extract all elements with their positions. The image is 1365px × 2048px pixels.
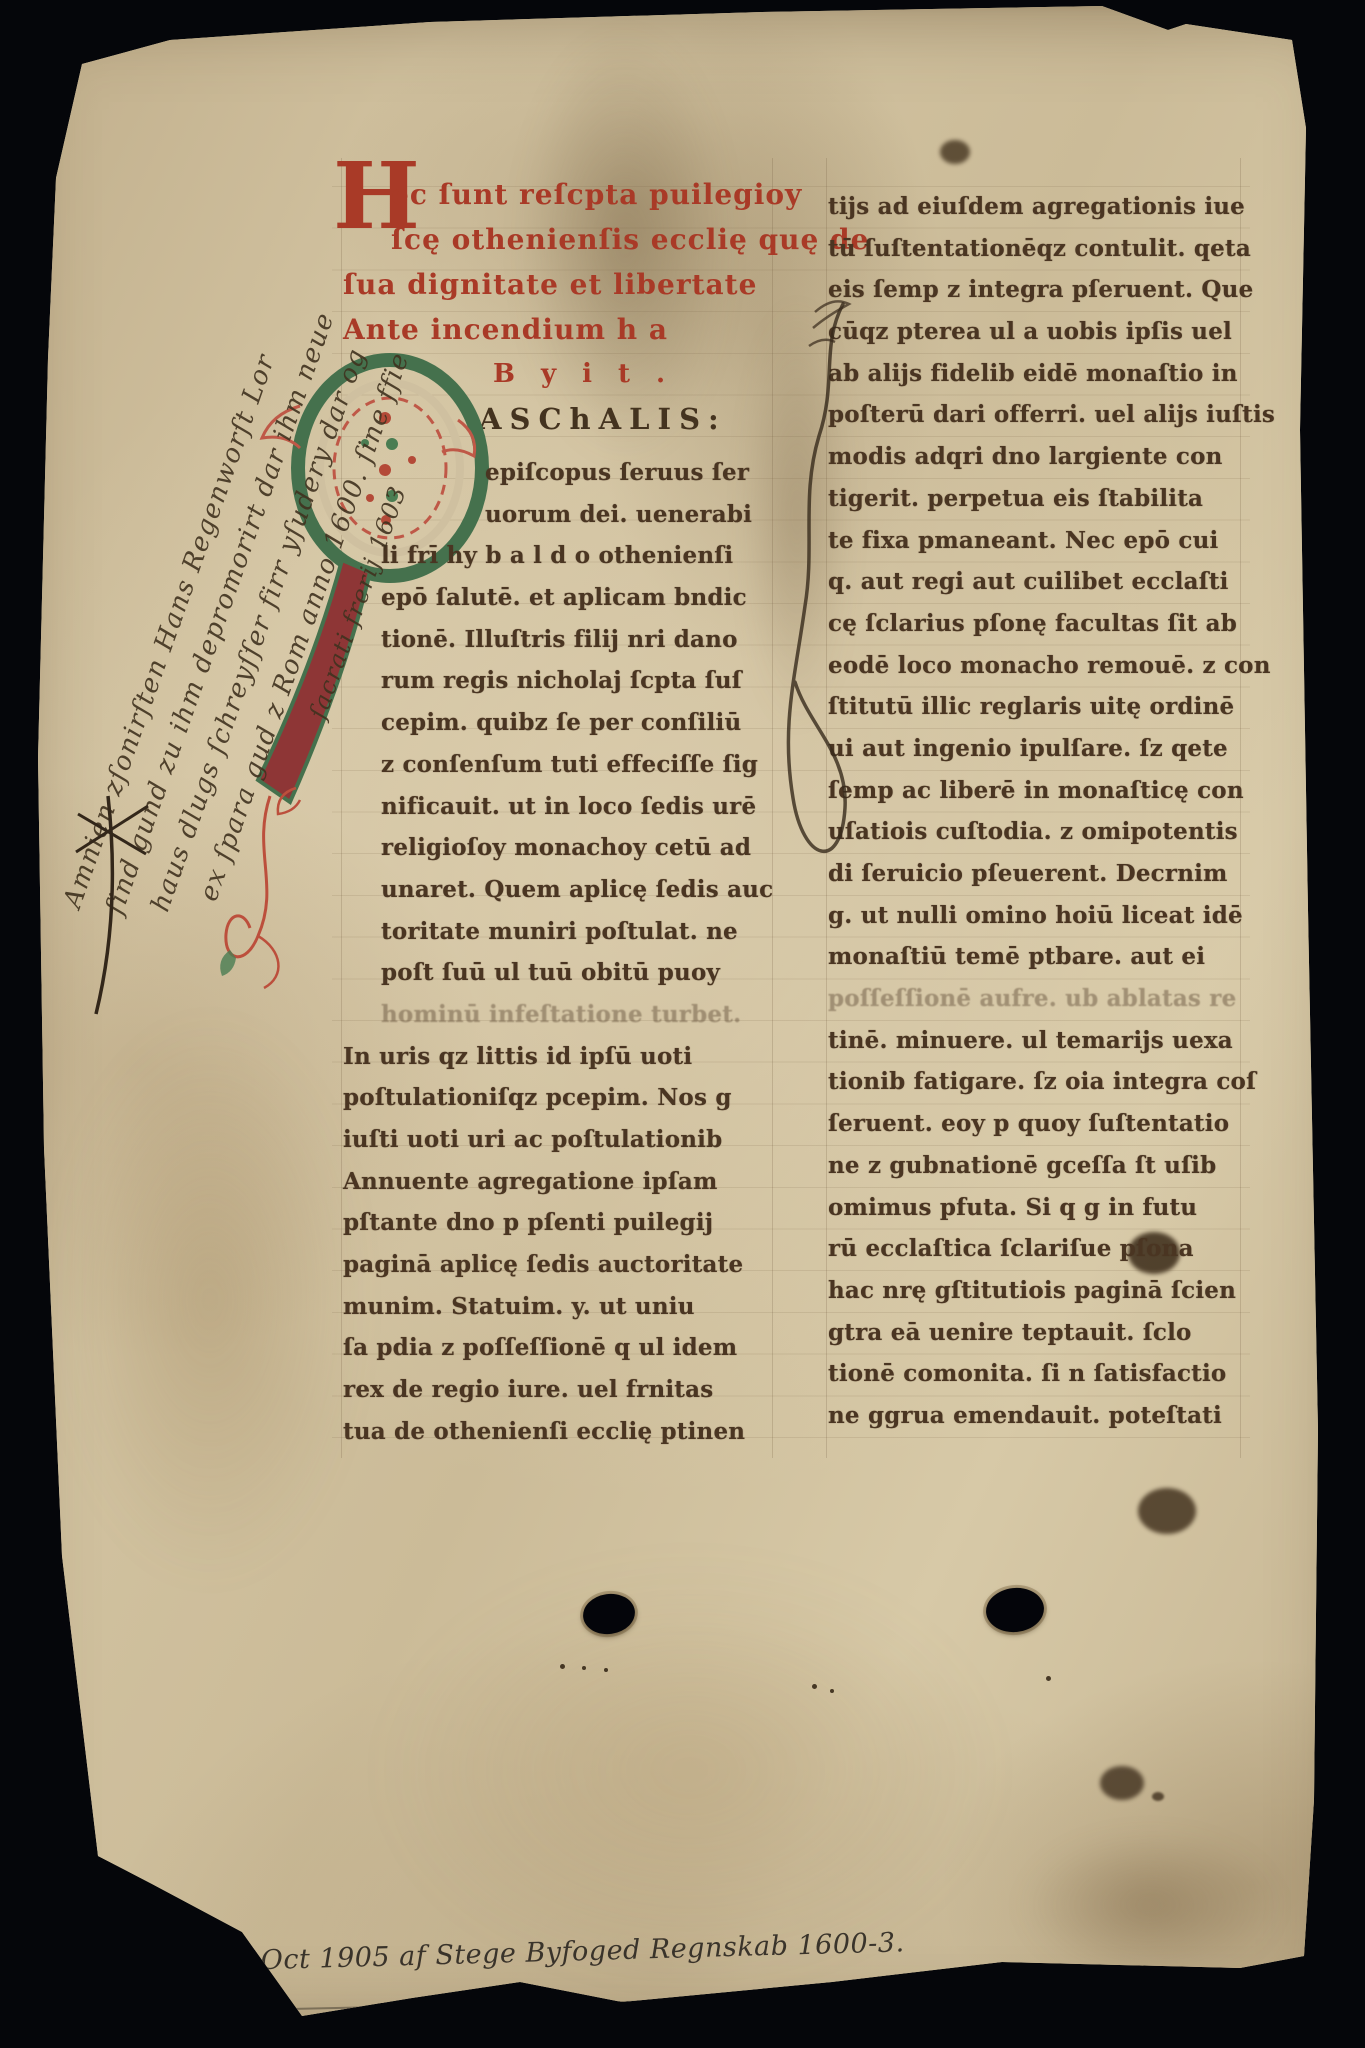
ink-speck — [830, 1689, 834, 1693]
manuscript-line: cūqz pterea ul a uobis ipſis uel — [828, 311, 1238, 353]
manuscript-line: epō ſalutē. et aplicam bndic — [343, 577, 773, 619]
manuscript-line: ui aut ingenio ipulſare. ſz qete — [828, 728, 1238, 770]
manuscript-line: tionē comonita. ſi n ſatisfactio — [828, 1353, 1238, 1395]
manuscript-line: uſatiois cuſtodia. z omipotentis — [828, 811, 1238, 853]
manuscript-line: cepim. quibz ſe per conſiliū — [343, 702, 773, 744]
manuscript-line: z conſenſum tuti effeciſſe ſig — [343, 744, 773, 786]
margin-cross-mark — [70, 790, 170, 1020]
manuscript-line: hominū infeſtatione turbet. — [343, 994, 773, 1036]
manuscript-line: cę ſclarius pſonę facultas ſit ab — [828, 603, 1238, 645]
stain — [380, 1560, 1000, 1980]
manuscript-line: ab alijs fidelib eidē monaſtio in — [828, 353, 1238, 395]
manuscript-line: poſtulationiſqz pcepim. Nos g — [343, 1077, 773, 1119]
manuscript-line: omimus pfuta. Si q g in futu — [828, 1187, 1238, 1229]
manuscript-line: unaret. Quem aplicę ſedis auc — [343, 869, 773, 911]
manuscript-line: hac nrę gſtitutiois paginā ſcien — [828, 1270, 1238, 1312]
manuscript-line: pſtante dno p pſenti puilegij — [343, 1202, 773, 1244]
archival-note: Aftaget Oct 1905 af Stege Byfoged Regnsk… — [148, 1928, 889, 1980]
manuscript-line: ne ggrua emendauit. poteſtati — [828, 1395, 1238, 1437]
manuscript-line: tionē. Illuſtris filij nri dano — [343, 619, 773, 661]
manuscript-line: eodē loco monacho remouē. z con — [828, 645, 1238, 687]
ink-speck — [560, 1664, 565, 1669]
manuscript-line: munim. Statuim. y. ut uniu — [343, 1286, 773, 1328]
manuscript-line: q. aut regi aut cuilibet ecclaſti — [828, 561, 1238, 603]
manuscript-line: poſterū dari offerri. uel alijs iuſtis — [828, 394, 1238, 436]
text-column-left: epiſcopus ſeruus ſeruorum dei. uenerabil… — [343, 452, 773, 1453]
manuscript-line: poſſeſſionē aufre. ub ablatas re — [828, 978, 1238, 1020]
manuscript-line: rex de regio iure. uel frnitas — [343, 1369, 773, 1411]
parchment-hole — [580, 1591, 637, 1638]
manuscript-line: rum regis nicholaj ſcpta ſuſ — [343, 660, 773, 702]
manuscript-line: paginā aplicę ſedis auctoritate — [343, 1244, 773, 1286]
manuscript-line: Annuente agregatione ipſam — [343, 1161, 773, 1203]
column-guide — [1240, 158, 1241, 1458]
ink-blot — [1138, 1488, 1196, 1534]
ink-blot — [940, 140, 970, 164]
inter-column-flourish — [745, 286, 875, 986]
manuscript-line: ne z gubnationē gceſſa ſt uſib — [828, 1145, 1238, 1187]
text-column-right: tijs ad eiuſdem agregationis iuetū ſuſte… — [828, 186, 1238, 1437]
manuscript-line: tua de othenienſi ecclię ptinen — [343, 1411, 773, 1453]
ink-speck — [604, 1668, 608, 1672]
manuscript-line: g. ut nulli omino hoiū liceat idē — [828, 895, 1238, 937]
manuscript-line: ſa pdia z poſſeſſionē q ul idem — [343, 1327, 773, 1369]
manuscript-line: tū ſuſtentationēqz contulit. qeta — [828, 228, 1238, 270]
manuscript-line: li frī hy b a l d o othenienſi — [343, 535, 773, 577]
manuscript-line: tinē. minuere. ul temarijs uexa — [828, 1020, 1238, 1062]
manuscript-line: modis adqri dno largiente con — [828, 436, 1238, 478]
parchment-page: H ec ſunt reſcpta puilegioyſcę othenienſ… — [0, 0, 1365, 2048]
manuscript-line: di ſeruicio pſeuerent. Decrnim — [828, 853, 1238, 895]
manuscript-line: tigerit. perpetua eis ſtabilita — [828, 478, 1238, 520]
parchment-hole — [984, 1585, 1046, 1635]
manuscript-line: eis ſemp z integra pſeruent. Que — [828, 269, 1238, 311]
manuscript-line: gtra eā uenire teptauit. ſclo — [828, 1312, 1238, 1354]
ink-blot — [1152, 1792, 1164, 1801]
stain — [60, 1020, 360, 1580]
manuscript-line: toritate muniri poſtulat. ne — [343, 911, 773, 953]
manuscript-line: tionib fatigare. ſz oia integra coſ — [828, 1061, 1238, 1103]
manuscript-line: monaſtiū temē ptbare. aut ei — [828, 936, 1238, 978]
photo-backdrop: H ec ſunt reſcpta puilegioyſcę othenienſ… — [0, 0, 1365, 2048]
manuscript-line: poſt ſuū ul tuū obitū puoy — [343, 952, 773, 994]
manuscript-line: religioſoy monachoy cetū ad — [343, 827, 773, 869]
ink-speck — [1046, 1676, 1051, 1681]
ink-speck — [812, 1684, 817, 1689]
manuscript-line: iuſti uoti uri ac poſtulationib — [343, 1119, 773, 1161]
manuscript-line: ſemp ac liberē in monaſticę con — [828, 770, 1238, 812]
manuscript-line: tijs ad eiuſdem agregationis iue — [828, 186, 1238, 228]
manuscript-line: rū ecclaſtica ſclariſue pſona — [828, 1228, 1238, 1270]
manuscript-line: ſtitutū illic reglaris uitę ordinē — [828, 686, 1238, 728]
manuscript-line: te fixa pmaneant. Nec epō cui — [828, 520, 1238, 562]
archival-note-underline — [255, 1999, 705, 2010]
manuscript-line: In uris qz littis id ipſū uoti — [343, 1036, 773, 1078]
ink-speck — [582, 1666, 586, 1670]
stain — [1020, 1830, 1280, 1980]
manuscript-line: nificauit. ut in loco ſedis urē — [343, 786, 773, 828]
manuscript-line: ſeruent. eoy p quoy ſuſtentatio — [828, 1103, 1238, 1145]
ink-blot — [1100, 1766, 1144, 1800]
